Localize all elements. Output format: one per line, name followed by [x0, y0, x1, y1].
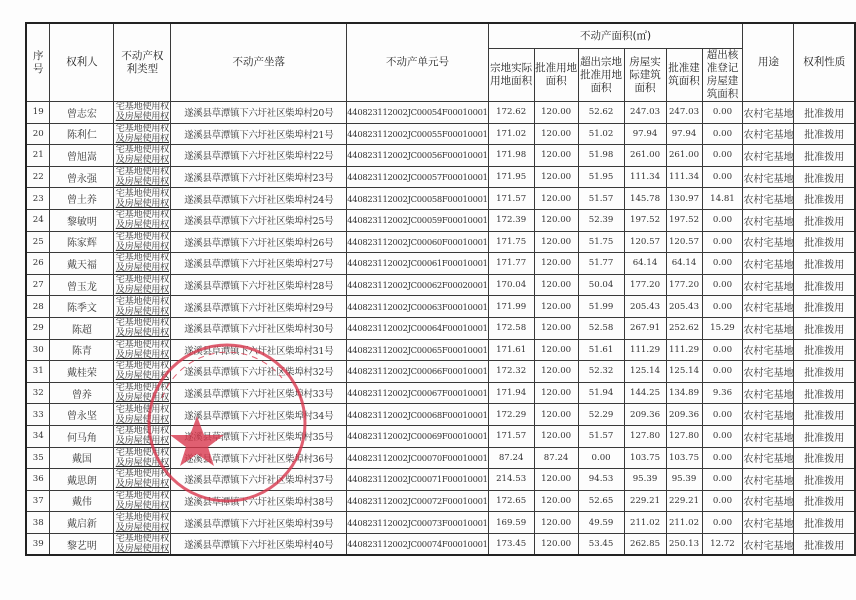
owner-cell: 戴伟 — [50, 490, 114, 512]
unit-no-cell: 440823112002JC00064F00010001 — [347, 317, 488, 339]
use-cell: 农村宅基地 — [743, 533, 794, 555]
unit-no-cell: 440823112002JC00068F00010001 — [347, 404, 488, 426]
right-type-line-2: 及房屋使用权 — [114, 112, 170, 122]
use-cell: 农村宅基地 — [743, 296, 794, 318]
location-cell: 遂溪县草潭镇下六圩社区柴埠村29号 — [171, 296, 347, 318]
header-excess-build: 超出核准登记房屋建筑面积 — [702, 49, 743, 102]
header-seq: 序号 — [26, 23, 50, 102]
approved-build-cell: 177.20 — [666, 274, 702, 296]
house-actual-cell: 95.39 — [624, 469, 666, 491]
right-type-line-2: 及房屋使用权 — [114, 155, 170, 165]
house-actual-cell: 197.52 — [624, 209, 666, 231]
excess-build-cell: 0.00 — [702, 209, 743, 231]
location-cell: 遂溪县草潭镇下六圩社区柴埠村35号 — [171, 425, 347, 447]
use-cell: 农村宅基地 — [743, 339, 794, 361]
excess-build-cell: 0.00 — [702, 469, 743, 491]
parcel-actual-cell: 171.94 — [488, 382, 534, 404]
table-row: 35戴国宅基地使用权及房屋使用权遂溪县草潭镇下六圩社区柴埠村36号4408231… — [26, 447, 855, 469]
excess-land-cell: 51.57 — [578, 188, 624, 210]
owner-cell: 陈季文 — [50, 296, 114, 318]
house-actual-cell: 247.03 — [624, 102, 666, 124]
nature-cell: 批准拨用 — [794, 361, 855, 383]
location-cell: 遂溪县草潭镇下六圩社区柴埠村27号 — [171, 253, 347, 275]
use-cell: 农村宅基地 — [743, 404, 794, 426]
header-location: 不动产坐落 — [171, 23, 347, 102]
table-row: 31戴桂荣宅基地使用权及房屋使用权遂溪县草潭镇下六圩社区柴埠村32号440823… — [26, 361, 855, 383]
approved-land-cell: 87.24 — [534, 447, 578, 469]
approved-land-cell: 120.00 — [534, 188, 578, 210]
house-actual-cell: 229.21 — [624, 490, 666, 512]
nature-cell: 批准拨用 — [794, 166, 855, 188]
right-type-line-2: 及房屋使用权 — [114, 307, 170, 317]
seq-cell: 27 — [26, 274, 50, 296]
owner-cell: 曾永坚 — [50, 404, 114, 426]
location-cell: 遂溪县草潭镇下六圩社区柴埠村25号 — [171, 209, 347, 231]
header-area-group: 不动产面积(㎡) — [488, 23, 743, 49]
table-body: 19曾志宏宅基地使用权及房屋使用权遂溪县草潭镇下六圩社区柴埠村20号440823… — [26, 102, 855, 556]
right-type-line-2: 及房屋使用权 — [114, 350, 170, 360]
location-cell: 遂溪县草潭镇下六圩社区柴埠村28号 — [171, 274, 347, 296]
house-actual-cell: 267.91 — [624, 317, 666, 339]
house-actual-cell: 64.14 — [624, 253, 666, 275]
registration-table: 序号 权利人 不动产权利类型 不动产坐落 不动产单元号 不动产面积(㎡) 用途 … — [25, 22, 856, 556]
location-cell: 遂溪县草潭镇下六圩社区柴埠村21号 — [171, 123, 347, 145]
table-row: 34何马角宅基地使用权及房屋使用权遂溪县草潭镇下六圩社区柴埠村35号440823… — [26, 425, 855, 447]
parcel-actual-cell: 173.45 — [488, 533, 534, 555]
unit-no-cell: 440823112002JC00070F00010001 — [347, 447, 488, 469]
location-cell: 遂溪县草潭镇下六圩社区柴埠村23号 — [171, 166, 347, 188]
table-row: 37戴伟宅基地使用权及房屋使用权遂溪县草潭镇下六圩社区柴埠村38号4408231… — [26, 490, 855, 512]
nature-cell: 批准拨用 — [794, 447, 855, 469]
header-house-actual: 房屋实际建筑面积 — [624, 49, 666, 102]
use-cell: 农村宅基地 — [743, 361, 794, 383]
parcel-actual-cell: 171.95 — [488, 166, 534, 188]
house-actual-cell: 209.36 — [624, 404, 666, 426]
seq-cell: 29 — [26, 317, 50, 339]
use-cell: 农村宅基地 — [743, 425, 794, 447]
house-actual-cell: 144.25 — [624, 382, 666, 404]
seq-cell: 22 — [26, 166, 50, 188]
location-cell: 遂溪县草潭镇下六圩社区柴埠村39号 — [171, 512, 347, 534]
header-parcel-actual: 宗地实际用地面积 — [488, 49, 534, 102]
house-actual-cell: 205.43 — [624, 296, 666, 318]
excess-build-cell: 0.00 — [702, 296, 743, 318]
parcel-actual-cell: 172.39 — [488, 209, 534, 231]
approved-build-cell: 252.62 — [666, 317, 702, 339]
approved-land-cell: 120.00 — [534, 274, 578, 296]
excess-land-cell: 51.95 — [578, 166, 624, 188]
owner-cell: 曾玉龙 — [50, 274, 114, 296]
excess-land-cell: 52.58 — [578, 317, 624, 339]
nature-cell: 批准拨用 — [794, 102, 855, 124]
seq-cell: 28 — [26, 296, 50, 318]
nature-cell: 批准拨用 — [794, 253, 855, 275]
approved-land-cell: 120.00 — [534, 339, 578, 361]
house-actual-cell: 211.02 — [624, 512, 666, 534]
seq-cell: 21 — [26, 145, 50, 167]
seq-cell: 19 — [26, 102, 50, 124]
approved-build-cell: 64.14 — [666, 253, 702, 275]
approved-land-cell: 120.00 — [534, 296, 578, 318]
unit-no-cell: 440823112002JC00059F00010001 — [347, 209, 488, 231]
right-type-cell: 宅基地使用权及房屋使用权 — [114, 447, 171, 469]
owner-cell: 何马角 — [50, 425, 114, 447]
seq-cell: 33 — [26, 404, 50, 426]
document-page: 序号 权利人 不动产权利类型 不动产坐落 不动产单元号 不动产面积(㎡) 用途 … — [0, 0, 856, 600]
approved-land-cell: 120.00 — [534, 145, 578, 167]
right-type-cell: 宅基地使用权及房屋使用权 — [114, 469, 171, 491]
excess-land-cell: 50.04 — [578, 274, 624, 296]
owner-cell: 陈利仁 — [50, 123, 114, 145]
nature-cell: 批准拨用 — [794, 382, 855, 404]
house-actual-cell: 120.57 — [624, 231, 666, 253]
house-actual-cell: 97.94 — [624, 123, 666, 145]
excess-land-cell: 52.32 — [578, 361, 624, 383]
excess-land-cell: 51.61 — [578, 339, 624, 361]
parcel-actual-cell: 172.29 — [488, 404, 534, 426]
owner-cell: 黎敏明 — [50, 209, 114, 231]
seq-cell: 31 — [26, 361, 50, 383]
parcel-actual-cell: 214.53 — [488, 469, 534, 491]
nature-cell: 批准拨用 — [794, 123, 855, 145]
unit-no-cell: 440823112002JC00054F00010001 — [347, 102, 488, 124]
right-type-cell: 宅基地使用权及房屋使用权 — [114, 188, 171, 210]
unit-no-cell: 440823112002JC00067F00010001 — [347, 382, 488, 404]
excess-land-cell: 94.53 — [578, 469, 624, 491]
excess-build-cell: 9.36 — [702, 382, 743, 404]
table-row: 21曾旭嵩宅基地使用权及房屋使用权遂溪县草潭镇下六圩社区柴埠村22号440823… — [26, 145, 855, 167]
right-type-cell: 宅基地使用权及房屋使用权 — [114, 339, 171, 361]
excess-land-cell: 52.65 — [578, 490, 624, 512]
house-actual-cell: 127.80 — [624, 425, 666, 447]
right-type-line-2: 及房屋使用权 — [114, 523, 170, 533]
parcel-actual-cell: 171.61 — [488, 339, 534, 361]
header-owner: 权利人 — [50, 23, 114, 102]
excess-land-cell: 51.98 — [578, 145, 624, 167]
nature-cell: 批准拨用 — [794, 425, 855, 447]
use-cell: 农村宅基地 — [743, 102, 794, 124]
excess-land-cell: 51.75 — [578, 231, 624, 253]
right-type-line-2: 及房屋使用权 — [114, 415, 170, 425]
excess-build-cell: 14.81 — [702, 188, 743, 210]
owner-cell: 戴天福 — [50, 253, 114, 275]
approved-build-cell: 127.80 — [666, 425, 702, 447]
location-cell: 遂溪县草潭镇下六圩社区柴埠村37号 — [171, 469, 347, 491]
approved-land-cell: 120.00 — [534, 382, 578, 404]
use-cell: 农村宅基地 — [743, 209, 794, 231]
seq-cell: 26 — [26, 253, 50, 275]
unit-no-cell: 440823112002JC00072F00010001 — [347, 490, 488, 512]
table-row: 36戴思朗宅基地使用权及房屋使用权遂溪县草潭镇下六圩社区柴埠村37号440823… — [26, 469, 855, 491]
approved-build-cell: 197.52 — [666, 209, 702, 231]
excess-build-cell: 0.00 — [702, 339, 743, 361]
approved-build-cell: 97.94 — [666, 123, 702, 145]
right-type-cell: 宅基地使用权及房屋使用权 — [114, 533, 171, 555]
header-approved-land: 批准用地面积 — [534, 49, 578, 102]
seq-cell: 32 — [26, 382, 50, 404]
location-cell: 遂溪县草潭镇下六圩社区柴埠村20号 — [171, 102, 347, 124]
approved-build-cell: 247.03 — [666, 102, 702, 124]
parcel-actual-cell: 171.75 — [488, 231, 534, 253]
right-type-cell: 宅基地使用权及房屋使用权 — [114, 404, 171, 426]
approved-land-cell: 120.00 — [534, 166, 578, 188]
nature-cell: 批准拨用 — [794, 188, 855, 210]
excess-land-cell: 51.77 — [578, 253, 624, 275]
approved-build-cell: 209.36 — [666, 404, 702, 426]
right-type-cell: 宅基地使用权及房屋使用权 — [114, 145, 171, 167]
right-type-cell: 宅基地使用权及房屋使用权 — [114, 361, 171, 383]
approved-land-cell: 120.00 — [534, 231, 578, 253]
table-row: 22曾永强宅基地使用权及房屋使用权遂溪县草潭镇下六圩社区柴埠村23号440823… — [26, 166, 855, 188]
use-cell: 农村宅基地 — [743, 447, 794, 469]
right-type-line-2: 及房屋使用权 — [114, 220, 170, 230]
owner-cell: 戴思朗 — [50, 469, 114, 491]
owner-cell: 陈青 — [50, 339, 114, 361]
excess-land-cell: 51.94 — [578, 382, 624, 404]
unit-no-cell: 440823112002JC00063F00010001 — [347, 296, 488, 318]
right-type-line-2: 及房屋使用权 — [114, 134, 170, 144]
use-cell: 农村宅基地 — [743, 188, 794, 210]
parcel-actual-cell: 87.24 — [488, 447, 534, 469]
unit-no-cell: 440823112002JC00058F00010001 — [347, 188, 488, 210]
house-actual-cell: 111.34 — [624, 166, 666, 188]
excess-land-cell: 51.57 — [578, 425, 624, 447]
approved-land-cell: 120.00 — [534, 469, 578, 491]
right-type-line-2: 及房屋使用权 — [114, 436, 170, 446]
seq-cell: 37 — [26, 490, 50, 512]
right-type-cell: 宅基地使用权及房屋使用权 — [114, 490, 171, 512]
excess-build-cell: 0.00 — [702, 253, 743, 275]
excess-build-cell: 0.00 — [702, 123, 743, 145]
approved-land-cell: 120.00 — [534, 404, 578, 426]
use-cell: 农村宅基地 — [743, 512, 794, 534]
nature-cell: 批准拨用 — [794, 231, 855, 253]
nature-cell: 批准拨用 — [794, 317, 855, 339]
nature-cell: 批准拨用 — [794, 209, 855, 231]
approved-build-cell: 261.00 — [666, 145, 702, 167]
owner-cell: 戴桂荣 — [50, 361, 114, 383]
owner-cell: 曾志宏 — [50, 102, 114, 124]
right-type-line-2: 及房屋使用权 — [114, 479, 170, 489]
nature-cell: 批准拨用 — [794, 339, 855, 361]
owner-cell: 戴启新 — [50, 512, 114, 534]
use-cell: 农村宅基地 — [743, 382, 794, 404]
parcel-actual-cell: 172.62 — [488, 102, 534, 124]
excess-build-cell: 0.00 — [702, 447, 743, 469]
excess-build-cell: 0.00 — [702, 512, 743, 534]
parcel-actual-cell: 172.58 — [488, 317, 534, 339]
right-type-cell: 宅基地使用权及房屋使用权 — [114, 253, 171, 275]
approved-build-cell: 229.21 — [666, 490, 702, 512]
parcel-actual-cell: 171.57 — [488, 188, 534, 210]
excess-build-cell: 0.00 — [702, 490, 743, 512]
table-row: 23曾土养宅基地使用权及房屋使用权遂溪县草潭镇下六圩社区柴埠村24号440823… — [26, 188, 855, 210]
approved-build-cell: 125.14 — [666, 361, 702, 383]
approved-land-cell: 120.00 — [534, 253, 578, 275]
use-cell: 农村宅基地 — [743, 253, 794, 275]
table-row: 33曾永坚宅基地使用权及房屋使用权遂溪县草潭镇下六圩社区柴埠村34号440823… — [26, 404, 855, 426]
location-cell: 遂溪县草潭镇下六圩社区柴埠村33号 — [171, 382, 347, 404]
parcel-actual-cell: 171.98 — [488, 145, 534, 167]
right-type-line-2: 及房屋使用权 — [114, 501, 170, 511]
approved-build-cell: 95.39 — [666, 469, 702, 491]
parcel-actual-cell: 172.65 — [488, 490, 534, 512]
seq-cell: 24 — [26, 209, 50, 231]
table-row: 27曾玉龙宅基地使用权及房屋使用权遂溪县草潭镇下六圩社区柴埠村28号440823… — [26, 274, 855, 296]
unit-no-cell: 440823112002JC00065F00010001 — [347, 339, 488, 361]
parcel-actual-cell: 171.99 — [488, 296, 534, 318]
approved-land-cell: 120.00 — [534, 512, 578, 534]
owner-cell: 曾养 — [50, 382, 114, 404]
parcel-actual-cell: 171.77 — [488, 253, 534, 275]
approved-build-cell: 130.97 — [666, 188, 702, 210]
seq-cell: 25 — [26, 231, 50, 253]
unit-no-cell: 440823112002JC00069F00010001 — [347, 425, 488, 447]
nature-cell: 批准拨用 — [794, 404, 855, 426]
use-cell: 农村宅基地 — [743, 145, 794, 167]
seq-cell: 39 — [26, 533, 50, 555]
table-row: 39黎艺明宅基地使用权及房屋使用权遂溪县草潭镇下六圩社区柴埠村40号440823… — [26, 533, 855, 555]
location-cell: 遂溪县草潭镇下六圩社区柴埠村30号 — [171, 317, 347, 339]
approved-build-cell: 205.43 — [666, 296, 702, 318]
right-type-cell: 宅基地使用权及房屋使用权 — [114, 382, 171, 404]
excess-land-cell: 53.45 — [578, 533, 624, 555]
owner-cell: 曾土养 — [50, 188, 114, 210]
unit-no-cell: 440823112002JC00061F00010001 — [347, 253, 488, 275]
nature-cell: 批准拨用 — [794, 533, 855, 555]
excess-build-cell: 0.00 — [702, 404, 743, 426]
table-row: 28陈季文宅基地使用权及房屋使用权遂溪县草潭镇下六圩社区柴埠村29号440823… — [26, 296, 855, 318]
house-actual-cell: 125.14 — [624, 361, 666, 383]
right-type-line-2: 及房屋使用权 — [114, 199, 170, 209]
seq-cell: 34 — [26, 425, 50, 447]
nature-cell: 批准拨用 — [794, 469, 855, 491]
nature-cell: 批准拨用 — [794, 490, 855, 512]
seq-cell: 20 — [26, 123, 50, 145]
unit-no-cell: 440823112002JC00073F00010001 — [347, 512, 488, 534]
excess-land-cell: 0.00 — [578, 447, 624, 469]
use-cell: 农村宅基地 — [743, 317, 794, 339]
nature-cell: 批准拨用 — [794, 274, 855, 296]
parcel-actual-cell: 171.57 — [488, 425, 534, 447]
table-row: 30陈青宅基地使用权及房屋使用权遂溪县草潭镇下六圩社区柴埠村31号4408231… — [26, 339, 855, 361]
excess-build-cell: 0.00 — [702, 102, 743, 124]
seq-cell: 36 — [26, 469, 50, 491]
location-cell: 遂溪县草潭镇下六圩社区柴埠村40号 — [171, 533, 347, 555]
unit-no-cell: 440823112002JC00060F00010001 — [347, 231, 488, 253]
seq-cell: 30 — [26, 339, 50, 361]
owner-cell: 黎艺明 — [50, 533, 114, 555]
right-type-line-2: 及房屋使用权 — [114, 393, 170, 403]
table-row: 20陈利仁宅基地使用权及房屋使用权遂溪县草潭镇下六圩社区柴埠村21号440823… — [26, 123, 855, 145]
table-row: 29陈超宅基地使用权及房屋使用权遂溪县草潭镇下六圩社区柴埠村30号4408231… — [26, 317, 855, 339]
location-cell: 遂溪县草潭镇下六圩社区柴埠村34号 — [171, 404, 347, 426]
unit-no-cell: 440823112002JC00074F00010001 — [347, 533, 488, 555]
excess-land-cell: 49.59 — [578, 512, 624, 534]
excess-land-cell: 52.62 — [578, 102, 624, 124]
right-type-cell: 宅基地使用权及房屋使用权 — [114, 166, 171, 188]
location-cell: 遂溪县草潭镇下六圩社区柴埠村32号 — [171, 361, 347, 383]
use-cell: 农村宅基地 — [743, 490, 794, 512]
use-cell: 农村宅基地 — [743, 166, 794, 188]
right-type-line-2: 及房屋使用权 — [114, 263, 170, 273]
approved-build-cell: 120.57 — [666, 231, 702, 253]
owner-cell: 戴国 — [50, 447, 114, 469]
house-actual-cell: 262.85 — [624, 533, 666, 555]
location-cell: 遂溪县草潭镇下六圩社区柴埠村31号 — [171, 339, 347, 361]
house-actual-cell: 261.00 — [624, 145, 666, 167]
owner-cell: 陈超 — [50, 317, 114, 339]
right-type-cell: 宅基地使用权及房屋使用权 — [114, 296, 171, 318]
header-nature: 权利性质 — [794, 23, 855, 102]
right-type-cell: 宅基地使用权及房屋使用权 — [114, 123, 171, 145]
excess-land-cell: 52.29 — [578, 404, 624, 426]
header-unit-no: 不动产单元号 — [347, 23, 488, 102]
approved-land-cell: 120.00 — [534, 123, 578, 145]
use-cell: 农村宅基地 — [743, 231, 794, 253]
right-type-cell: 宅基地使用权及房屋使用权 — [114, 425, 171, 447]
location-cell: 遂溪县草潭镇下六圩社区柴埠村38号 — [171, 490, 347, 512]
header-approved-build: 批准建筑面积 — [666, 49, 702, 102]
approved-build-cell: 111.34 — [666, 166, 702, 188]
owner-cell: 陈家辉 — [50, 231, 114, 253]
right-type-line-2: 及房屋使用权 — [114, 285, 170, 295]
excess-build-cell: 0.00 — [702, 425, 743, 447]
unit-no-cell: 440823112002JC00062F00020001 — [347, 274, 488, 296]
right-type-line-2: 及房屋使用权 — [114, 371, 170, 381]
nature-cell: 批准拨用 — [794, 512, 855, 534]
right-type-cell: 宅基地使用权及房屋使用权 — [114, 317, 171, 339]
owner-cell: 曾旭嵩 — [50, 145, 114, 167]
excess-land-cell: 52.39 — [578, 209, 624, 231]
approved-land-cell: 120.00 — [534, 533, 578, 555]
house-actual-cell: 177.20 — [624, 274, 666, 296]
location-cell: 遂溪县草潭镇下六圩社区柴埠村22号 — [171, 145, 347, 167]
parcel-actual-cell: 171.02 — [488, 123, 534, 145]
header-right-type: 不动产权利类型 — [114, 23, 171, 102]
parcel-actual-cell: 172.32 — [488, 361, 534, 383]
approved-build-cell: 134.89 — [666, 382, 702, 404]
excess-land-cell: 51.02 — [578, 123, 624, 145]
house-actual-cell: 145.78 — [624, 188, 666, 210]
excess-build-cell: 12.72 — [702, 533, 743, 555]
nature-cell: 批准拨用 — [794, 145, 855, 167]
right-type-cell: 宅基地使用权及房屋使用权 — [114, 209, 171, 231]
table-row: 26戴天福宅基地使用权及房屋使用权遂溪县草潭镇下六圩社区柴埠村27号440823… — [26, 253, 855, 275]
right-type-line-2: 及房屋使用权 — [114, 177, 170, 187]
location-cell: 遂溪县草潭镇下六圩社区柴埠村36号 — [171, 447, 347, 469]
table-row: 24黎敏明宅基地使用权及房屋使用权遂溪县草潭镇下六圩社区柴埠村25号440823… — [26, 209, 855, 231]
approved-land-cell: 120.00 — [534, 317, 578, 339]
excess-build-cell: 0.00 — [702, 145, 743, 167]
approved-land-cell: 120.00 — [534, 490, 578, 512]
right-type-cell: 宅基地使用权及房屋使用权 — [114, 102, 171, 124]
unit-no-cell: 440823112002JC00066F00010001 — [347, 361, 488, 383]
approved-build-cell: 211.02 — [666, 512, 702, 534]
header-excess-land: 超出宗地批准用地面积 — [578, 49, 624, 102]
excess-land-cell: 51.99 — [578, 296, 624, 318]
nature-cell: 批准拨用 — [794, 296, 855, 318]
right-type-line-2: 及房屋使用权 — [114, 544, 170, 554]
location-cell: 遂溪县草潭镇下六圩社区柴埠村26号 — [171, 231, 347, 253]
right-type-cell: 宅基地使用权及房屋使用权 — [114, 512, 171, 534]
approved-land-cell: 120.00 — [534, 425, 578, 447]
seq-cell: 23 — [26, 188, 50, 210]
house-actual-cell: 103.75 — [624, 447, 666, 469]
seq-cell: 35 — [26, 447, 50, 469]
use-cell: 农村宅基地 — [743, 123, 794, 145]
approved-land-cell: 120.00 — [534, 209, 578, 231]
